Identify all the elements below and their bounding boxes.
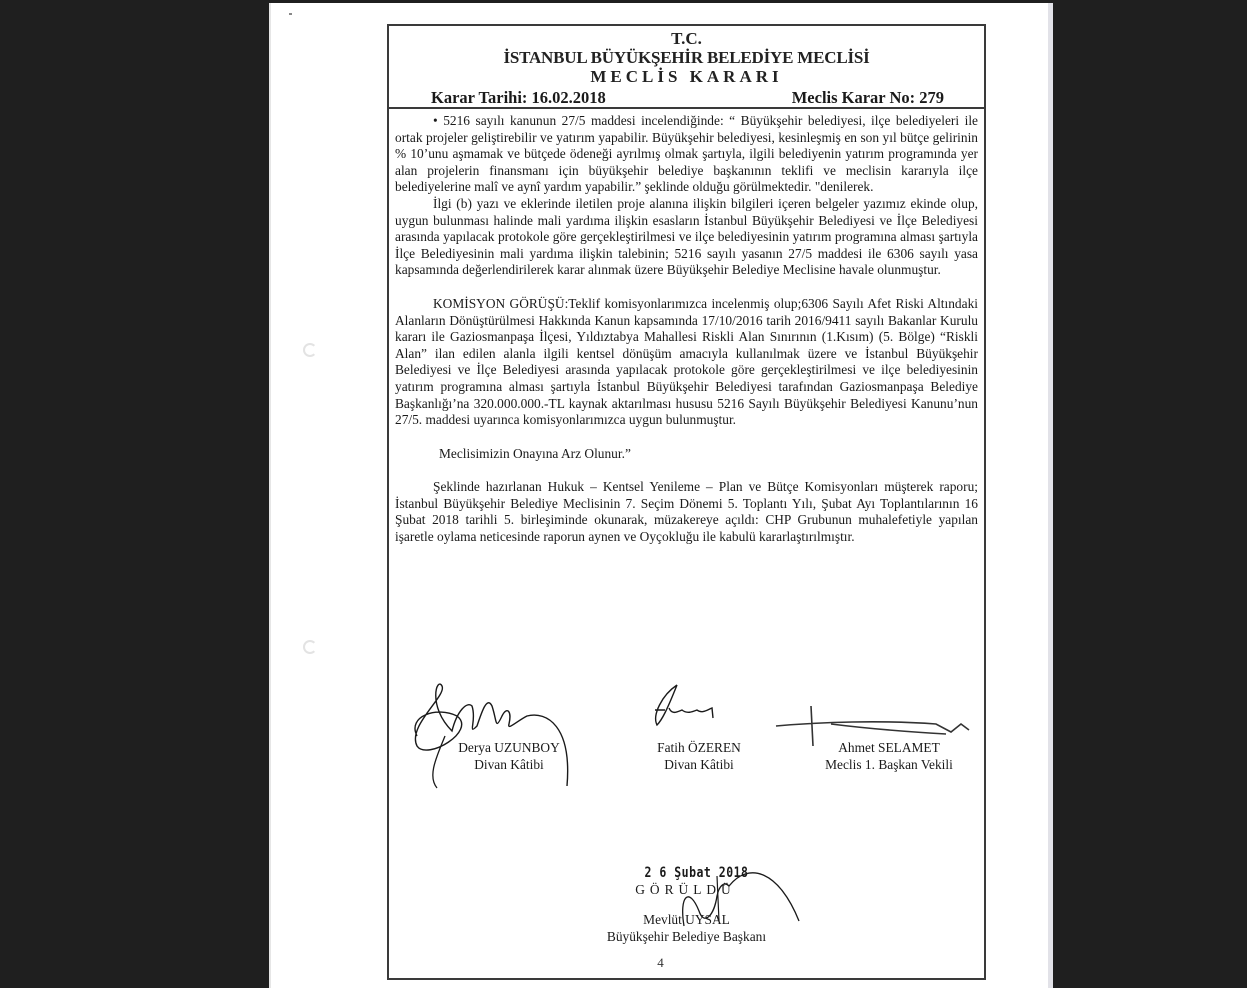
- document-viewer: T.C. İSTANBUL BÜYÜKŞEHİR BELEDİYE MECLİS…: [0, 0, 1247, 988]
- document-page[interactable]: T.C. İSTANBUL BÜYÜKŞEHİR BELEDİYE MECLİS…: [269, 3, 1053, 988]
- mayor-name: Mevlüt UYSAL: [389, 912, 984, 929]
- decision-meta-row: Karar Tarihi: 16.02.2018 Meclis Karar No…: [389, 88, 984, 107]
- signatory-3: Ahmet SELAMET Meclis 1. Başkan Vekili: [799, 740, 979, 773]
- paragraph-law-quote: • 5216 sayılı kanunun 27/5 maddesi incel…: [395, 113, 978, 196]
- document-header: T.C. İSTANBUL BÜYÜKŞEHİR BELEDİYE MECLİS…: [389, 30, 984, 87]
- decision-frame: T.C. İSTANBUL BÜYÜKŞEHİR BELEDİYE MECLİS…: [387, 24, 986, 980]
- document-kind-title: MECLİS KARARI: [389, 67, 984, 87]
- paragraph-resolution: Şeklinde hazırlanan Hukuk – Kentsel Yeni…: [395, 479, 978, 545]
- signatory-role: Divan Kâtibi: [429, 757, 589, 774]
- signature-block: Derya UZUNBOY Divan Kâtibi Fatih ÖZEREN …: [389, 676, 984, 786]
- mayor-approval: 2 6 Şubat 2018 GÖRÜLDÜ Mevlüt UYSAL Büyü…: [389, 864, 984, 945]
- seen-label: GÖRÜLDÜ: [387, 882, 984, 899]
- paragraph-referral: İlgi (b) yazı ve eklerinde iletilen proj…: [395, 196, 978, 279]
- signatory-1: Derya UZUNBOY Divan Kâtibi: [429, 740, 589, 773]
- signatory-2: Fatih ÖZEREN Divan Kâtibi: [629, 740, 769, 773]
- signatory-role: Meclis 1. Başkan Vekili: [799, 757, 979, 774]
- punch-hole-icon: [303, 343, 317, 357]
- signatory-role: Divan Kâtibi: [629, 757, 769, 774]
- signature-scribble-icon: [771, 696, 971, 746]
- mayor-role: Büyükşehir Belediye Başkanı: [389, 929, 984, 946]
- paragraph-submission: Meclisimizin Onayına Arz Olunur.”: [395, 446, 978, 463]
- punch-hole-icon: [303, 640, 317, 654]
- signatory-name: Ahmet SELAMET: [799, 740, 979, 757]
- page-number: 4: [273, 955, 1048, 971]
- document-body: • 5216 sayılı kanunun 27/5 maddesi incel…: [389, 113, 984, 546]
- decision-date: Karar Tarihi: 16.02.2018: [431, 88, 606, 107]
- header-divider: [389, 107, 984, 109]
- decision-number: Meclis Karar No: 279: [792, 88, 944, 107]
- signatory-name: Fatih ÖZEREN: [629, 740, 769, 757]
- scan-speck: [289, 13, 292, 15]
- approval-stamp-date: 2 6 Şubat 2018: [645, 862, 749, 883]
- signatory-name: Derya UZUNBOY: [429, 740, 589, 757]
- signature-scribble-icon: [647, 680, 727, 730]
- organization-title: İSTANBUL BÜYÜKŞEHİR BELEDİYE MECLİSİ: [389, 48, 984, 67]
- signature-scribble-icon: [397, 676, 582, 791]
- paragraph-commission-opinion: KOMİSYON GÖRÜŞÜ:Teklif komisyonlarımızca…: [395, 296, 978, 429]
- republic-label: T.C.: [389, 30, 984, 48]
